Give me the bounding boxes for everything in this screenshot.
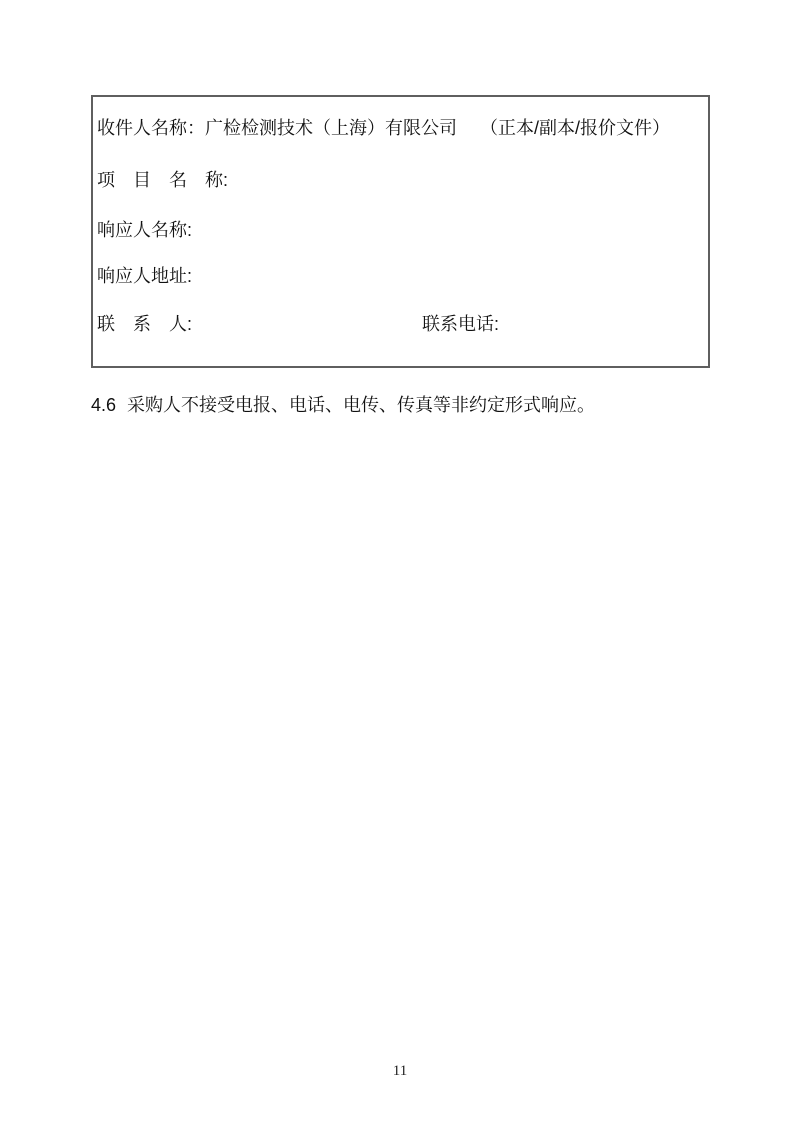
recipient-name-line: 收件人名称：广检检测技术（上海）有限公司 （正本/副本/报价文件） — [97, 118, 670, 138]
page-number: 11 — [0, 1063, 800, 1080]
document-page: 收件人名称：广检检测技术（上海）有限公司 （正本/副本/报价文件） 项 目 名 … — [0, 0, 800, 1131]
project-name-label: 项 目 名 称: — [97, 170, 228, 190]
contact-person-label: 联 系 人: — [97, 314, 192, 334]
recipient-info-box: 收件人名称：广检检测技术（上海）有限公司 （正本/副本/报价文件） 项 目 名 … — [91, 95, 710, 368]
clause-4-6: 4.6采购人不接受电报、电话、电传、传真等非约定形式响应。 — [91, 394, 595, 416]
responder-address-label: 响应人地址: — [97, 266, 192, 286]
clause-text: 采购人不接受电报、电话、电传、传真等非约定形式响应。 — [127, 395, 595, 415]
contact-row: 联 系 人: 联系电话: — [97, 314, 697, 334]
clause-number: 4.6 — [91, 395, 116, 415]
contact-phone-label: 联系电话: — [422, 314, 499, 334]
responder-name-label: 响应人名称: — [97, 220, 192, 240]
